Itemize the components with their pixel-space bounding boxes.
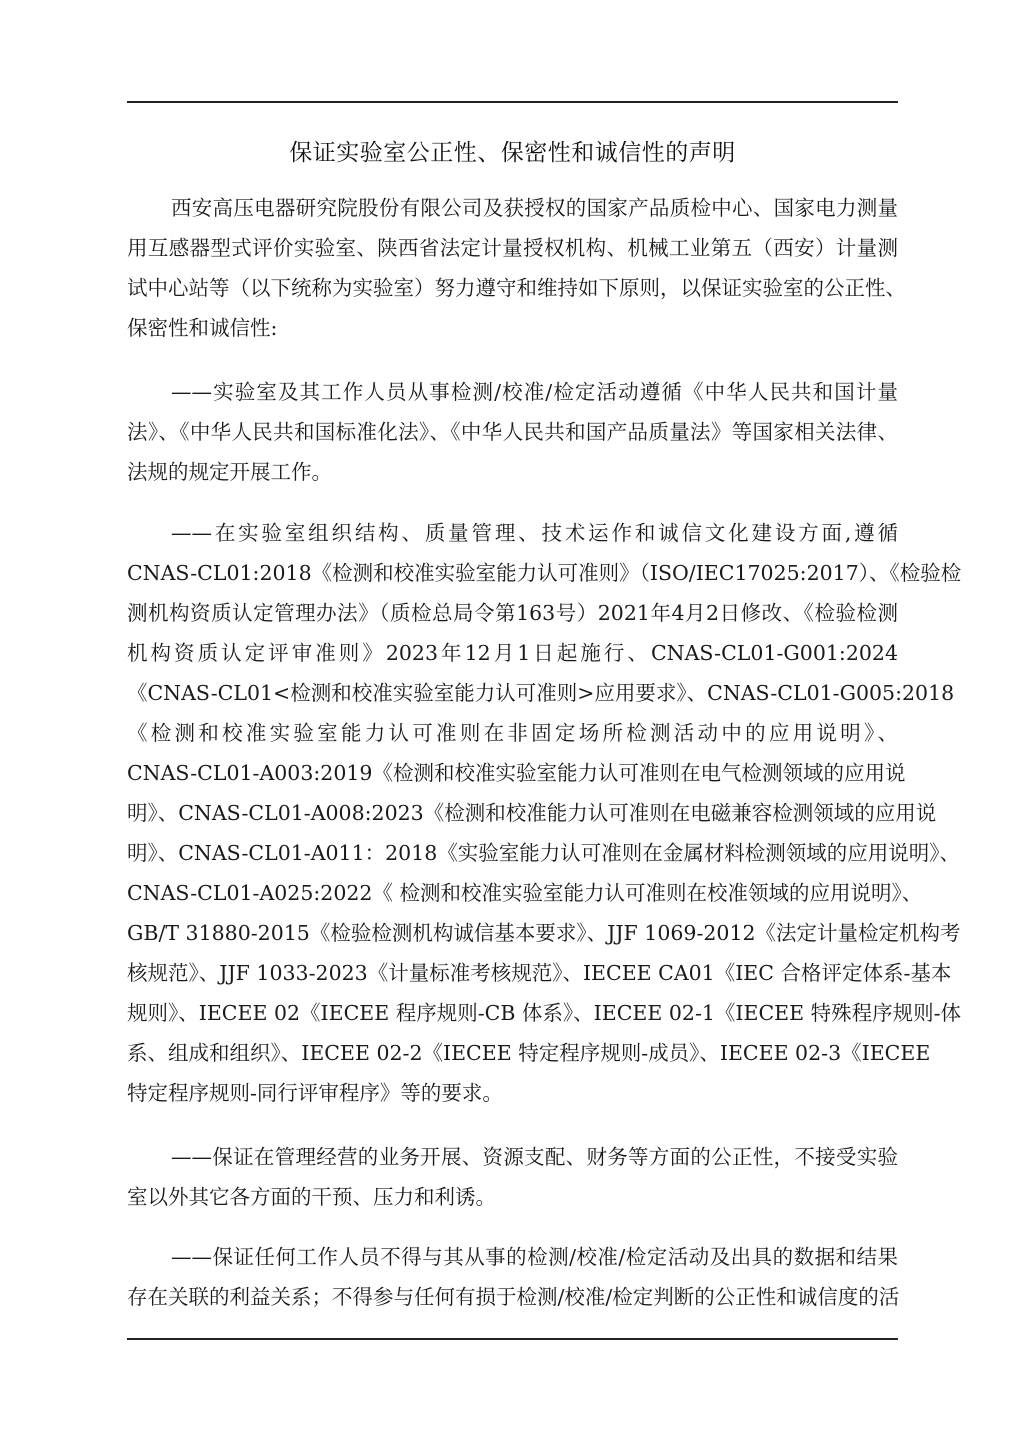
text-line: 试中心站等（以下统称为实验室）努力遵守和维持如下原则，以保证实验室的公正性、 xyxy=(127,268,898,308)
document-title: 保证实验室公正性、保密性和诚信性的声明 xyxy=(127,134,898,167)
text-line: 保密性和诚信性: xyxy=(127,308,898,348)
text-line: 《CNAS-CL01<检测和校准实验室能力认可准则>应用要求》、CNAS-CL0… xyxy=(127,673,898,713)
text-line: 系、组成和组织》、IECEE 02-2《IECEE 特定程序规则-成员》、IEC… xyxy=(127,1033,898,1073)
text-line: 核规范》、JJF 1033-2023《计量标准考核规范》、IECEE CA01《… xyxy=(127,953,898,993)
text-line: 特定程序规则-同行评审程序》等的要求。 xyxy=(127,1073,898,1113)
paragraph-impartiality: ——保证在管理经营的业务开展、资源支配、财务等方面的公正性，不接受实验 室以外其… xyxy=(127,1137,898,1217)
text-line: ——保证任何工作人员不得与其从事的检测/校准/检定活动及出具的数据和结果 xyxy=(127,1237,898,1277)
text-line: 规则》、IECEE 02《IECEE 程序规则-CB 体系》、IECEE 02-… xyxy=(127,993,898,1033)
paragraph-laws: ——实验室及其工作人员从事检测/校准/检定活动遵循《中华人民共和国计量 法》、《… xyxy=(127,372,898,492)
header-rule xyxy=(127,101,898,103)
text-line: 西安高压电器研究院股份有限公司及获授权的国家产品质检中心、国家电力测量 xyxy=(127,188,898,228)
text-line: 明》、CNAS-CL01-A008:2023《检测和校准能力认可准则在电磁兼容检… xyxy=(127,793,898,833)
text-line: 室以外其它各方面的干预、压力和利诱。 xyxy=(127,1177,898,1217)
text-line: 法规的规定开展工作。 xyxy=(127,452,898,492)
paragraph-standards: ——在实验室组织结构、质量管理、技术运作和诚信文化建设方面,遵循 CNAS-CL… xyxy=(127,513,898,1113)
text-line: CNAS-CL01-A025:2022《 检测和校准实验室能力认可准则在校准领域… xyxy=(127,873,898,913)
text-line: 存在关联的利益关系；不得参与任何有损于检测/校准/检定判断的公正性和诚信度的活 xyxy=(127,1277,898,1317)
footer-rule xyxy=(127,1338,898,1340)
text-line: CNAS-CL01:2018《检测和校准实验室能力认可准则》（ISO/IEC17… xyxy=(127,553,898,593)
text-line: 法》、《中华人民共和国标准化法》、《中华人民共和国产品质量法》等国家相关法律、 xyxy=(127,412,898,452)
text-line: 机构资质认定评审准则》2023年12月1日起施行、CNAS-CL01-G001:… xyxy=(127,633,898,673)
paragraph-intro: 西安高压电器研究院股份有限公司及获授权的国家产品质检中心、国家电力测量 用互感器… xyxy=(127,188,898,348)
paragraph-conflict-of-interest: ——保证任何工作人员不得与其从事的检测/校准/检定活动及出具的数据和结果 存在关… xyxy=(127,1237,898,1317)
text-line: 明》、CNAS-CL01-A011：2018《实验室能力认可准则在金属材料检测领… xyxy=(127,833,898,873)
text-line: ——保证在管理经营的业务开展、资源支配、财务等方面的公正性，不接受实验 xyxy=(127,1137,898,1177)
text-line: CNAS-CL01-A003:2019《检测和校准实验室能力认可准则在电气检测领… xyxy=(127,753,898,793)
text-line: 《检测和校准实验室能力认可准则在非固定场所检测活动中的应用说明》、 xyxy=(127,713,898,753)
text-line: 用互感器型式评价实验室、陕西省法定计量授权机构、机械工业第五（西安）计量测 xyxy=(127,228,898,268)
text-line: 测机构资质认定管理办法》（质检总局令第163号）2021年4月2日修改、《检验检… xyxy=(127,593,898,633)
text-line: ——在实验室组织结构、质量管理、技术运作和诚信文化建设方面,遵循 xyxy=(127,513,898,553)
text-line: GB/T 31880-2015《检验检测机构诚信基本要求》、JJF 1069-2… xyxy=(127,913,898,953)
text-line: ——实验室及其工作人员从事检测/校准/检定活动遵循《中华人民共和国计量 xyxy=(127,372,898,412)
